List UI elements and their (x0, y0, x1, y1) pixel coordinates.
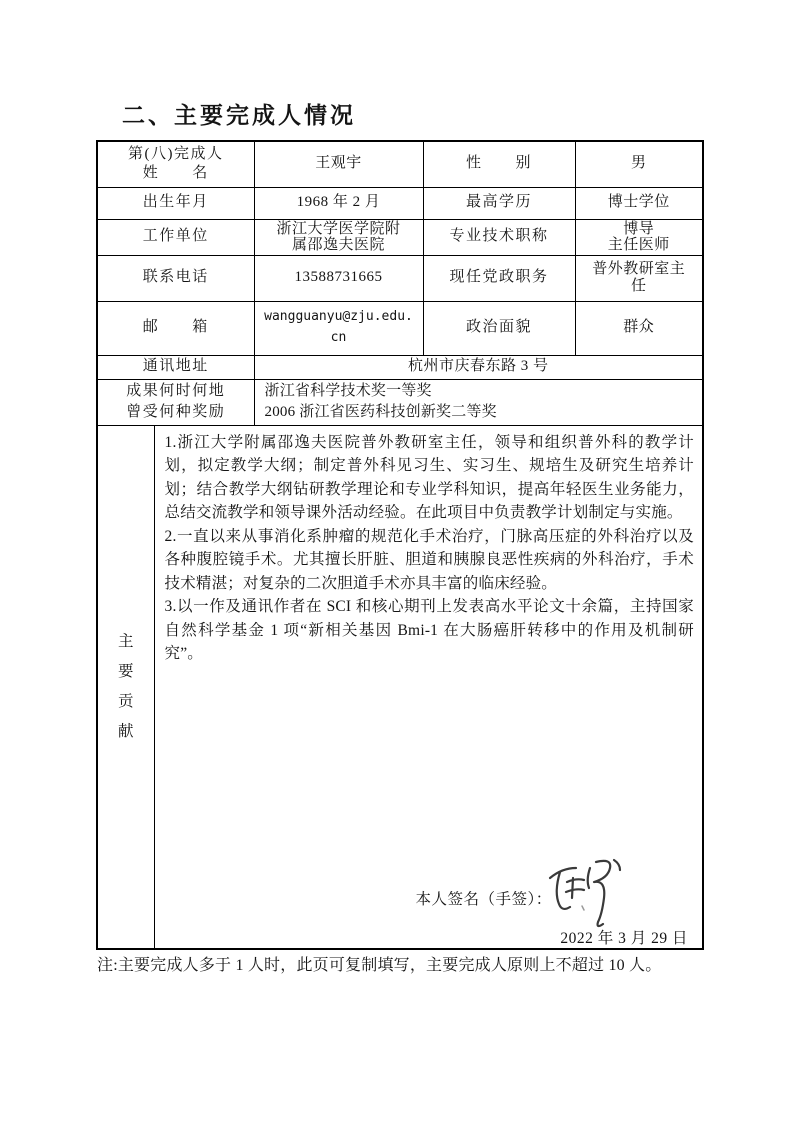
awards-label-line1: 成果何时何地 (101, 381, 251, 402)
handwritten-signature (546, 854, 628, 932)
workunit-value: 浙江大学医学院附属邵逸夫医院 (275, 221, 403, 253)
email-value: wangguanyu@zju.edu.cn (262, 307, 415, 349)
signature-date: 2022 年 3 月 29 日 (560, 927, 688, 951)
education-label-cell: 最高学历 (423, 187, 575, 219)
row-birth: 出生年月 1968 年 2 月 最高学历 博士学位 (97, 187, 703, 219)
name-label-line2: 姓 名 (101, 164, 251, 183)
awards-value-cell: 浙江省科学技术奖一等奖 2006 浙江省医药科技创新奖二等奖 (254, 379, 703, 425)
prof-title-label-cell: 专业技术职称 (423, 219, 575, 255)
row-awards: 成果何时何地 曾受何种奖励 浙江省科学技术奖一等奖 2006 浙江省医药科技创新… (97, 379, 703, 425)
prof-title-line1: 博导 (579, 221, 700, 237)
gender-label-cell: 性 别 (423, 141, 575, 187)
workunit-value-cell: 浙江大学医学院附属邵逸夫医院 (254, 219, 423, 255)
row-phone: 联系电话 13588731665 现任党政职务 普外教研室主任 (97, 255, 703, 301)
row-name: 第(八)完成人 姓 名 王观宇 性 别 男 (97, 141, 703, 187)
award-item-1: 浙江省科学技术奖一等奖 (265, 381, 700, 402)
prof-title-value-cell: 博导 主任医师 (575, 219, 703, 255)
email-value-cell: wangguanyu@zju.edu.cn (254, 301, 423, 355)
row-contribution: 主 要 贡 献 1.浙江大学附属邵逸夫医院普外教研室主任，领导和组织普外科的教学… (97, 425, 703, 949)
birth-label-cell: 出生年月 (97, 187, 254, 219)
contribution-paragraph-1: 1.浙江大学附属邵逸夫医院普外教研室主任，领导和组织普外科的教学计划，拟定教学大… (165, 431, 695, 525)
duty-label-cell: 现任党政职务 (423, 255, 575, 301)
signature-label: 本人签名（手签）： (416, 888, 552, 912)
row-workunit: 工作单位 浙江大学医学院附属邵逸夫医院 专业技术职称 博导 主任医师 (97, 219, 703, 255)
phone-label-cell: 联系电话 (97, 255, 254, 301)
political-value-cell: 群众 (575, 301, 703, 355)
document-page: 二、主要完成人情况 第(八)完成人 姓 名 王观宇 性 别 男 出生年月 196… (0, 0, 793, 1122)
education-value-cell: 博士学位 (575, 187, 703, 219)
footer-note: 注:主要完成人多于 1 人时，此页可复制填写，主要完成人原则上不超过 10 人。 (97, 952, 661, 975)
name-label-line1: 第(八)完成人 (101, 145, 251, 164)
name-value-cell: 王观宇 (254, 141, 423, 187)
political-label-cell: 政治面貌 (423, 301, 575, 355)
contribution-paragraph-2: 2.一直以来从事消化系肿瘤的规范化手术治疗，门脉高压症的外科治疗以及各种腹腔镜手… (165, 525, 695, 596)
gender-value-cell: 男 (575, 141, 703, 187)
section-title: 二、主要完成人情况 (122, 97, 356, 130)
contribution-label-cell: 主 要 贡 献 (97, 425, 154, 949)
completer-info-table: 第(八)完成人 姓 名 王观宇 性 别 男 出生年月 1968 年 2 月 最高… (96, 140, 704, 950)
contribution-content-cell: 1.浙江大学附属邵逸夫医院普外教研室主任，领导和组织普外科的教学计划，拟定教学大… (154, 425, 703, 949)
workunit-label-cell: 工作单位 (97, 219, 254, 255)
duty-value-cell: 普外教研室主任 (575, 255, 703, 301)
duty-value: 普外教研室主任 (589, 261, 689, 295)
address-label-cell: 通讯地址 (97, 355, 254, 379)
awards-label-cell: 成果何时何地 曾受何种奖励 (97, 379, 254, 425)
row-address: 通讯地址 杭州市庆春东路 3 号 (97, 355, 703, 379)
name-label-cell: 第(八)完成人 姓 名 (97, 141, 254, 187)
contribution-paragraph-3: 3.以一作及通讯作者在 SCI 和核心期刊上发表高水平论文十余篇，主持国家自然科… (165, 595, 695, 666)
birth-value-cell: 1968 年 2 月 (254, 187, 423, 219)
address-value-cell: 杭州市庆春东路 3 号 (254, 355, 703, 379)
row-email: 邮 箱 wangguanyu@zju.edu.cn 政治面貌 群众 (97, 301, 703, 355)
email-label-cell: 邮 箱 (97, 301, 254, 355)
contribution-content: 1.浙江大学附属邵逸夫医院普外教研室主任，领导和组织普外科的教学计划，拟定教学大… (165, 431, 695, 948)
award-item-2: 2006 浙江省医药科技创新奖二等奖 (265, 402, 700, 423)
phone-value-cell: 13588731665 (254, 255, 423, 301)
awards-label-line2: 曾受何种奖励 (101, 402, 251, 423)
prof-title-line2: 主任医师 (579, 237, 700, 253)
